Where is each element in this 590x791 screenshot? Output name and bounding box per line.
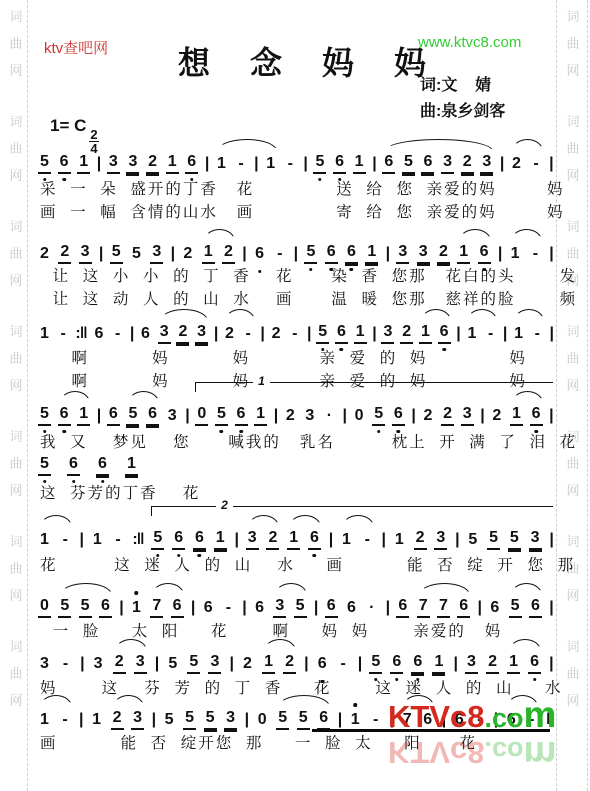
slur-arc xyxy=(60,391,90,403)
note-3: 3 xyxy=(480,152,493,174)
note-1: 1 xyxy=(432,652,445,674)
barline: | xyxy=(294,244,297,264)
border-watermark-char: 词 xyxy=(6,325,26,338)
note-2: 2 xyxy=(241,654,254,674)
dash-extension: - xyxy=(112,530,125,550)
note-1: 1 xyxy=(419,322,432,344)
note-2: 2 xyxy=(223,324,236,344)
note-6: 6 xyxy=(202,598,215,618)
barline: | xyxy=(549,244,552,264)
barline: | xyxy=(498,244,501,264)
barline: | xyxy=(214,324,217,344)
note-6: 6 xyxy=(438,322,451,344)
site-link-left[interactable]: ktv查吧网 xyxy=(44,37,108,58)
barline: | xyxy=(386,244,389,264)
note-3: 3 xyxy=(92,654,105,674)
lyrics-line: 啊 妈 妈 亲 爱 的 妈 妈 xyxy=(40,346,527,368)
note-2: 2 xyxy=(38,244,51,264)
note-5: 5 xyxy=(151,528,164,550)
barline: | xyxy=(245,710,248,730)
note-3: 3 xyxy=(208,652,221,674)
dash-extension: - xyxy=(57,324,70,344)
barline: | xyxy=(119,598,122,618)
note-3: 3 xyxy=(246,528,259,550)
volta-number: 2 xyxy=(216,499,233,512)
note-1: 1 xyxy=(287,528,300,550)
note-3: 3 xyxy=(381,322,394,344)
note-5: 5 xyxy=(38,404,51,426)
border-watermark-char: 网 xyxy=(6,379,26,392)
note-6: 6 xyxy=(253,244,266,264)
note-2: 2 xyxy=(113,652,126,674)
note-1: 1 xyxy=(365,242,378,264)
note-1: 1 xyxy=(254,404,267,426)
slur-arc xyxy=(512,139,543,151)
note-1: 1 xyxy=(510,404,523,426)
notation-line-8: 3-|323|553|212|6-|5661|3216| xyxy=(38,650,553,674)
dash-extension: - xyxy=(288,324,301,344)
note-0: 0 xyxy=(353,406,366,426)
note-7: 7 xyxy=(437,596,450,618)
lyrics-line: 一 脸 太 阳 花 啊 妈 妈 亲爱的 妈 xyxy=(40,619,502,641)
note-6: 6 xyxy=(457,596,470,618)
border-watermark-char: 网 xyxy=(563,484,583,497)
border-watermark-char: 网 xyxy=(563,64,583,77)
dash-extension: - xyxy=(59,710,72,730)
note-3: 3 xyxy=(461,404,474,426)
note-1: 1 xyxy=(90,710,103,730)
barline: | xyxy=(80,530,83,550)
note-5: 5 xyxy=(466,530,479,550)
note-2: 2 xyxy=(176,322,189,344)
dash-extension: - xyxy=(235,154,248,174)
barline: | xyxy=(260,324,263,344)
note-5: 5 xyxy=(316,322,329,344)
watermark-reflection-m: m xyxy=(524,734,557,775)
note-3: 3 xyxy=(224,708,237,730)
note-6: 6 xyxy=(308,528,321,550)
note-3: 3 xyxy=(396,242,409,264)
barline: | xyxy=(386,598,389,618)
note-2: 2 xyxy=(437,242,450,264)
time-signature-numerator: 2 xyxy=(89,128,98,142)
barline: | xyxy=(329,530,332,550)
barline: | xyxy=(411,406,414,426)
note-1: 1 xyxy=(91,530,104,550)
volta-bracket-2: 2 xyxy=(151,506,553,516)
border-watermark-char: 曲 xyxy=(563,247,583,260)
border-watermark-char: 词 xyxy=(563,115,583,128)
border-watermark-char: 网 xyxy=(563,379,583,392)
note-3: 3 xyxy=(150,242,163,264)
key-text: 1= C xyxy=(50,116,86,135)
barline: | xyxy=(453,654,456,674)
border-watermark-char: 词 xyxy=(6,535,26,548)
slur-arc xyxy=(459,229,491,241)
border-watermark-char: 网 xyxy=(6,169,26,182)
dash-extension: - xyxy=(484,324,497,344)
note-2: 2 xyxy=(414,528,427,550)
note-2: 2 xyxy=(490,406,503,426)
border-watermark-char: 曲 xyxy=(6,352,26,365)
border-watermark-char: 网 xyxy=(6,589,26,602)
note-6: 6 xyxy=(333,152,346,174)
note-5: 5 xyxy=(297,708,310,730)
note-1: 1 xyxy=(262,652,275,674)
note-1: 1 xyxy=(393,530,406,550)
note-3: 3 xyxy=(434,528,447,550)
note-3: 3 xyxy=(107,152,120,174)
watermark-reflection-dot-co: .co xyxy=(484,736,523,766)
slur-arc xyxy=(421,309,451,321)
note-6: 6 xyxy=(172,528,185,550)
dash-extension: - xyxy=(369,710,382,730)
note-6: 6 xyxy=(96,454,109,476)
note-1: 1 xyxy=(130,598,143,618)
note-5: 5 xyxy=(79,596,92,618)
note-6: 6 xyxy=(316,654,329,674)
barline: | xyxy=(152,710,155,730)
border-watermark-char: 词 xyxy=(563,325,583,338)
note-6: 6 xyxy=(235,404,248,426)
note-3: 3 xyxy=(529,528,542,550)
slur-arc xyxy=(152,583,184,595)
border-watermark-char: 曲 xyxy=(6,562,26,575)
note-3: 3 xyxy=(441,152,454,174)
note-6: 6 xyxy=(335,322,348,344)
note-2: 2 xyxy=(266,528,279,550)
note-1: 1 xyxy=(166,152,179,174)
barline: | xyxy=(79,710,82,730)
notation-line-2: 223|553|212|6-|5661|33216|1-| xyxy=(38,240,553,264)
border-watermark-char: 曲 xyxy=(6,667,26,680)
composer-credit: 曲:泉乡剑客 xyxy=(420,98,505,121)
note-5: 5 xyxy=(38,152,51,174)
barline: | xyxy=(456,324,459,344)
barline: | xyxy=(307,324,310,344)
barline: | xyxy=(549,530,552,550)
note-3: 3 xyxy=(38,654,51,674)
barline: | xyxy=(503,324,506,344)
note-5: 5 xyxy=(163,710,176,730)
barline: | xyxy=(358,654,361,674)
note-6: 6 xyxy=(92,324,105,344)
dash-extension: - xyxy=(529,244,542,264)
note-5: 5 xyxy=(369,652,382,674)
note-6: 6 xyxy=(139,324,152,344)
note-6: 6 xyxy=(345,242,358,264)
note-1: 1 xyxy=(125,454,138,476)
note-2: 2 xyxy=(421,406,434,426)
border-watermark-right: 词曲网词曲网词曲网词曲网词曲网词曲网词曲网 xyxy=(563,10,583,745)
barline: | xyxy=(242,244,245,264)
note-6: 6 xyxy=(253,598,266,618)
border-watermark-char: 网 xyxy=(563,169,583,182)
note-5: 5 xyxy=(487,528,500,550)
barline: | xyxy=(343,406,346,426)
border-watermark-char: 网 xyxy=(563,694,583,707)
slur-arc xyxy=(289,515,321,527)
note-6: 6 xyxy=(185,152,198,174)
note-6: 6 xyxy=(396,596,409,618)
note-0: 0 xyxy=(195,404,208,426)
lyrics-line: 花 这 迷 人 的 山 水 画 能 否 绽 开 您 那 xyxy=(40,553,575,575)
note-1: 1 xyxy=(457,242,470,264)
note-5: 5 xyxy=(110,242,123,264)
note-7: 7 xyxy=(417,596,430,618)
border-dashed-line-left xyxy=(27,0,28,791)
note-0: 0 xyxy=(256,710,269,730)
lyrics-line: 啊 妈 妈 亲 爱 的 妈 妈 xyxy=(40,369,527,391)
note-2: 2 xyxy=(441,404,454,426)
barline: | xyxy=(303,154,306,174)
barline: | xyxy=(455,530,458,550)
note-5: 5 xyxy=(402,152,415,174)
note-5: 5 xyxy=(183,708,196,730)
augmentation-dot: · xyxy=(365,598,378,618)
note-5: 5 xyxy=(38,454,51,476)
note-6: 6 xyxy=(67,454,80,476)
repeat-barline: :‖ xyxy=(132,530,143,550)
border-watermark-char: 曲 xyxy=(563,142,583,155)
barline: | xyxy=(338,710,341,730)
note-5: 5 xyxy=(126,404,139,426)
augmentation-dot: · xyxy=(323,406,336,426)
note-1: 1 xyxy=(509,244,522,264)
dash-extension: - xyxy=(361,530,374,550)
barline: | xyxy=(500,154,503,174)
slur-arc xyxy=(509,639,541,651)
border-watermark-char: 词 xyxy=(6,640,26,653)
note-2: 2 xyxy=(111,708,124,730)
note-1: 1 xyxy=(354,322,367,344)
slur-arc xyxy=(342,515,374,527)
barline: | xyxy=(314,598,317,618)
barline: | xyxy=(304,654,307,674)
slur-arc xyxy=(40,515,72,527)
slur-arc xyxy=(384,139,493,151)
repeat-barline: :‖ xyxy=(75,324,86,344)
note-5: 5 xyxy=(130,244,143,264)
note-1: 1 xyxy=(38,710,51,730)
slur-arc xyxy=(60,583,112,595)
note-6: 6 xyxy=(390,652,403,674)
border-watermark-char: 网 xyxy=(6,484,26,497)
note-3: 3 xyxy=(134,652,147,674)
note-6: 6 xyxy=(345,598,358,618)
note-5: 5 xyxy=(204,708,217,730)
note-5: 5 xyxy=(58,596,71,618)
barline: | xyxy=(478,598,481,618)
note-6: 6 xyxy=(528,652,541,674)
note-3: 3 xyxy=(303,406,316,426)
lyrics-line: 这 芬芳的丁香 花 xyxy=(40,481,200,503)
barline: | xyxy=(372,154,375,174)
barline: | xyxy=(99,244,102,264)
notation-line-7: 0556|176|6-|635|66·|6776|656| xyxy=(38,594,553,618)
note-3: 3 xyxy=(79,242,92,264)
border-watermark-char: 词 xyxy=(6,115,26,128)
lyrics-line: 采 一 朵 盛开的丁香 花 送 给 您 亲爱的妈 妈 xyxy=(40,177,565,199)
note-6: 6 xyxy=(58,404,71,426)
border-watermark-char: 曲 xyxy=(6,142,26,155)
barline: | xyxy=(234,530,237,550)
slur-arc xyxy=(204,229,235,241)
lyrics-line: 让 这 动 人 的 山 水 画 温 暖 您那 慈祥的脸 频 xyxy=(40,287,577,309)
note-1: 1 xyxy=(38,530,51,550)
note-2: 2 xyxy=(510,154,523,174)
slur-arc xyxy=(467,309,497,321)
note-1: 1 xyxy=(340,530,353,550)
note-6: 6 xyxy=(107,404,120,426)
note-1: 1 xyxy=(349,710,362,730)
note-6: 6 xyxy=(530,404,543,426)
lyrics-line: 让 这 小 小 的 丁 香 花 染 香 您那 花白的头 发 xyxy=(40,264,577,286)
note-5: 5 xyxy=(166,654,179,674)
barline: | xyxy=(254,154,257,174)
barline: | xyxy=(382,530,385,550)
slur-arc xyxy=(275,583,307,595)
note-2: 2 xyxy=(146,152,159,174)
note-6: 6 xyxy=(146,404,159,426)
barline: | xyxy=(549,598,552,618)
barline: | xyxy=(130,324,133,344)
barline: | xyxy=(191,598,194,618)
note-5: 5 xyxy=(509,596,522,618)
dash-extension: - xyxy=(222,598,235,618)
note-2: 2 xyxy=(400,322,413,344)
dash-extension: - xyxy=(530,154,543,174)
watermark-underline xyxy=(312,729,550,732)
note-3: 3 xyxy=(417,242,430,264)
note-6: 6 xyxy=(421,152,434,174)
slur-arc xyxy=(512,391,543,403)
note-6: 6 xyxy=(382,152,395,174)
note-5: 5 xyxy=(215,404,228,426)
border-watermark-char: 词 xyxy=(6,430,26,443)
notation-line-1: 561|33216|1-|1-|561|656323|2-| xyxy=(38,150,553,174)
high-octave-dot xyxy=(353,703,357,707)
watermark-reflection-red: KTVc8 xyxy=(388,735,484,770)
border-watermark-left: 词曲网词曲网词曲网词曲网词曲网词曲网词曲网 xyxy=(6,10,26,745)
border-watermark-char: 曲 xyxy=(563,37,583,50)
note-1: 1 xyxy=(77,152,90,174)
note-3: 3 xyxy=(273,596,286,618)
note-1: 1 xyxy=(264,154,277,174)
note-2: 2 xyxy=(283,652,296,674)
notation-line-4: 561|6563|0561|23·|056|223|216|1 xyxy=(38,402,553,426)
border-dashed-line-right-outer xyxy=(587,0,588,791)
note-3: 3 xyxy=(465,652,478,674)
border-watermark-char: 词 xyxy=(563,640,583,653)
note-1: 1 xyxy=(202,242,215,264)
lyricist-credit: 词:文 婧 xyxy=(420,72,491,95)
note-6: 6 xyxy=(392,404,405,426)
barline: | xyxy=(229,654,232,674)
border-watermark-char: 曲 xyxy=(6,457,26,470)
dash-extension: - xyxy=(284,154,297,174)
notation-line-6: 1-|1-:‖5661|3216|1-|123|5553|2 xyxy=(38,526,553,550)
note-0: 0 xyxy=(38,596,51,618)
slur-arc xyxy=(511,229,542,241)
lyrics-line: 画 一 幅 含情的山水 画 寄 给 您 亲爱的妈 妈 xyxy=(40,200,565,222)
barline: | xyxy=(274,406,277,426)
note-6: 6 xyxy=(488,598,501,618)
note-6: 6 xyxy=(411,652,424,674)
slur-arc xyxy=(514,309,544,321)
note-2: 2 xyxy=(270,324,283,344)
note-5: 5 xyxy=(187,652,200,674)
lyrics-line: 我 又 梦见 您 喊我的 乳名 枕上 开 满 了 泪 花 xyxy=(40,430,577,452)
note-6: 6 xyxy=(99,596,112,618)
slur-arc xyxy=(225,309,255,321)
note-3: 3 xyxy=(131,708,144,730)
slur-arc xyxy=(160,309,208,321)
barline: | xyxy=(549,154,552,174)
dash-extension: - xyxy=(59,530,72,550)
slur-arc xyxy=(511,583,542,595)
note-6: 6 xyxy=(58,152,71,174)
note-1: 1 xyxy=(512,324,525,344)
barline: | xyxy=(549,406,552,426)
note-2: 2 xyxy=(222,242,235,264)
barline: | xyxy=(205,154,208,174)
sheet-page: 词曲网词曲网词曲网词曲网词曲网词曲网词曲网 词曲网词曲网词曲网词曲网词曲网词曲网… xyxy=(0,0,590,791)
border-watermark-char: 网 xyxy=(563,589,583,602)
slur-arc xyxy=(128,391,159,403)
barline: | xyxy=(549,654,552,674)
border-watermark-char: 词 xyxy=(563,10,583,23)
note-1: 1 xyxy=(77,404,90,426)
note-2: 2 xyxy=(486,652,499,674)
border-watermark-char: 词 xyxy=(563,220,583,233)
dash-extension: - xyxy=(531,324,544,344)
note-5: 5 xyxy=(313,152,326,174)
note-1: 1 xyxy=(507,652,520,674)
note-6: 6 xyxy=(317,708,330,730)
site-link-right[interactable]: www.ktvc8.com xyxy=(418,34,521,51)
border-watermark-char: 曲 xyxy=(563,352,583,365)
border-watermark-char: 曲 xyxy=(563,457,583,470)
note-5: 5 xyxy=(372,404,385,426)
dash-extension: - xyxy=(111,324,124,344)
border-watermark-char: 网 xyxy=(6,694,26,707)
note-2: 2 xyxy=(181,244,194,264)
barline: | xyxy=(549,324,552,344)
note-6: 6 xyxy=(171,596,184,618)
note-6: 6 xyxy=(478,242,491,264)
note-2: 2 xyxy=(461,152,474,174)
note-5: 5 xyxy=(276,708,289,730)
notation-line-3: 1-:‖6-|6323|2-|2-|561|3216|1-|1-| xyxy=(38,320,553,344)
barline: | xyxy=(185,406,188,426)
note-3: 3 xyxy=(166,406,179,426)
border-watermark-char: 网 xyxy=(6,64,26,77)
dash-extension: - xyxy=(273,244,286,264)
border-watermark-char: 曲 xyxy=(563,667,583,680)
slur-arc xyxy=(419,583,470,595)
watermark-reflection: KTVc8.com xyxy=(388,733,556,775)
border-watermark-char: 网 xyxy=(6,274,26,287)
note-2: 2 xyxy=(284,406,297,426)
barline: | xyxy=(372,324,375,344)
note-6: 6 xyxy=(193,528,206,550)
note-1: 1 xyxy=(465,324,478,344)
note-6: 6 xyxy=(529,596,542,618)
note-1: 1 xyxy=(215,154,228,174)
note-6: 6 xyxy=(325,242,338,264)
barline: | xyxy=(480,406,483,426)
